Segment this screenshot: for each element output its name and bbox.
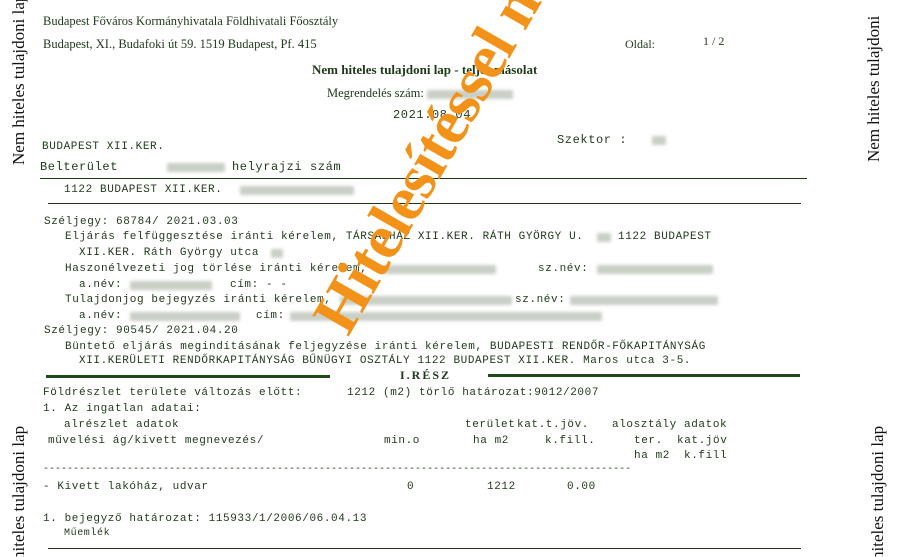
section-divider-left bbox=[46, 375, 330, 378]
remark-line: 1122 BUDAPEST bbox=[618, 231, 712, 243]
order-number: Megrendelés szám: bbox=[327, 86, 513, 101]
remark-line: sz.név: bbox=[515, 294, 565, 306]
remark-line: cím: - - bbox=[230, 279, 288, 291]
remark-line: cím: bbox=[256, 310, 285, 322]
document-title: Nem hiteles tulajdoni lap - teljes másol… bbox=[312, 62, 537, 78]
column-header-income-unit: k.fill. bbox=[545, 435, 595, 447]
table-row-area: 1212 bbox=[487, 481, 516, 493]
subparcel-heading: alrészlet adatok bbox=[64, 419, 179, 431]
table-row-name: - Kivett lakóház, udvar bbox=[43, 481, 209, 493]
divider bbox=[48, 548, 801, 549]
redacted-order-number bbox=[427, 90, 513, 99]
column-header-sub-income-unit: k.fill bbox=[684, 450, 727, 462]
section-divider-right bbox=[488, 374, 800, 377]
redacted-birth-name bbox=[597, 265, 713, 274]
section-heading: 1. Az ingatlan adatai: bbox=[43, 403, 201, 415]
redacted-address bbox=[290, 312, 602, 321]
redacted-street bbox=[240, 186, 354, 195]
table-separator: ----------------------------------------… bbox=[43, 464, 743, 475]
remark-line: a.név: bbox=[79, 279, 122, 291]
page-label: Oldal: bbox=[625, 37, 655, 52]
remark-header: Széljegy: 90545/ 2021.04.20 bbox=[44, 325, 238, 337]
sector-label: Szektor : bbox=[557, 133, 627, 147]
redacted-house-number bbox=[271, 249, 283, 258]
area-before-value: 1212 (m2) törlő határozat:9012/2007 bbox=[347, 387, 599, 399]
redacted-sector bbox=[652, 136, 666, 145]
area-before-label: Földrészlet területe változás előtt: bbox=[43, 387, 302, 399]
column-header-area-unit: ha m2 bbox=[473, 435, 509, 447]
table-row-quality: 0 bbox=[407, 481, 414, 493]
column-header-sub-area: ter. bbox=[634, 435, 663, 447]
redacted-house-number bbox=[597, 233, 611, 242]
order-label: Megrendelés szám: bbox=[327, 86, 424, 100]
office-name: Budapest Főváros Kormányhivatala Földhiv… bbox=[43, 14, 338, 29]
remark-line: XII.KER. Ráth György utca bbox=[79, 247, 259, 259]
column-header-sub-income: kat.jöv bbox=[677, 435, 727, 447]
column-header-quality: min.o bbox=[384, 435, 420, 447]
remark-header: Széljegy: 68784/ 2021.03.03 bbox=[44, 216, 238, 228]
table-row-income: 0.00 bbox=[567, 481, 596, 493]
remark-line: Tulajdonjog bejegyzés iránti kérelem, bbox=[65, 294, 331, 306]
remark-line: a.név: bbox=[79, 310, 122, 322]
remark-line: Haszonélvezeti jog törlése iránti kérele… bbox=[65, 263, 367, 275]
property-address: 1122 BUDAPEST XII.KER. bbox=[64, 184, 222, 196]
remark-line: sz.név: bbox=[538, 263, 588, 275]
parcel-label: helyrajzi szám bbox=[232, 160, 341, 174]
heritage-note: Műemlék bbox=[64, 528, 110, 539]
column-header-sub-area-unit: ha m2 bbox=[634, 450, 670, 462]
redacted-mother-name bbox=[130, 281, 212, 290]
column-header-subclass: alosztály adatok bbox=[612, 419, 727, 431]
resolution: 1. bejegyző határozat: 115933/1/2006/06.… bbox=[43, 513, 367, 525]
office-address: Budapest, XI., Budafoki út 59. 1519 Buda… bbox=[43, 37, 317, 52]
column-header-income: kat.t.jöv. bbox=[517, 419, 589, 431]
side-label-right-bottom: hiteles tulajdoni lap bbox=[868, 426, 888, 557]
column-header-cultivation: művelési ág/kivett megnevezés/ bbox=[48, 435, 264, 447]
redacted-name bbox=[381, 265, 496, 274]
redacted-mother-name bbox=[130, 312, 240, 321]
remark-line: XII.KERÜLETI RENDŐRKAPITÁNYSÁG BŰNÜGYI O… bbox=[79, 355, 691, 367]
area-type: Belterület bbox=[40, 160, 118, 174]
redacted-name bbox=[340, 296, 512, 305]
page-value: 1 / 2 bbox=[703, 34, 724, 49]
document-date: 2021.08.04 bbox=[393, 108, 471, 122]
side-label-left-top: Nem hiteles tulajdoni lap bbox=[9, 0, 29, 165]
district: BUDAPEST XII.KER. bbox=[42, 141, 164, 153]
divider bbox=[40, 178, 807, 179]
column-header-area: terület bbox=[465, 419, 515, 431]
remark-line: Eljárás felfüggesztése iránti kérelem, T… bbox=[65, 231, 583, 243]
divider bbox=[48, 203, 801, 204]
redacted-birth-name bbox=[570, 296, 718, 305]
remark-line: Büntető eljárás megindításának feljegyzé… bbox=[65, 341, 706, 353]
side-label-right-top: Nem hiteles tulajdoni bbox=[864, 16, 884, 162]
side-label-left-bottom: hiteles tulajdoni lap bbox=[9, 426, 29, 557]
part-title: I.RÉSZ bbox=[400, 368, 451, 383]
redacted-parcel-number bbox=[167, 163, 225, 172]
